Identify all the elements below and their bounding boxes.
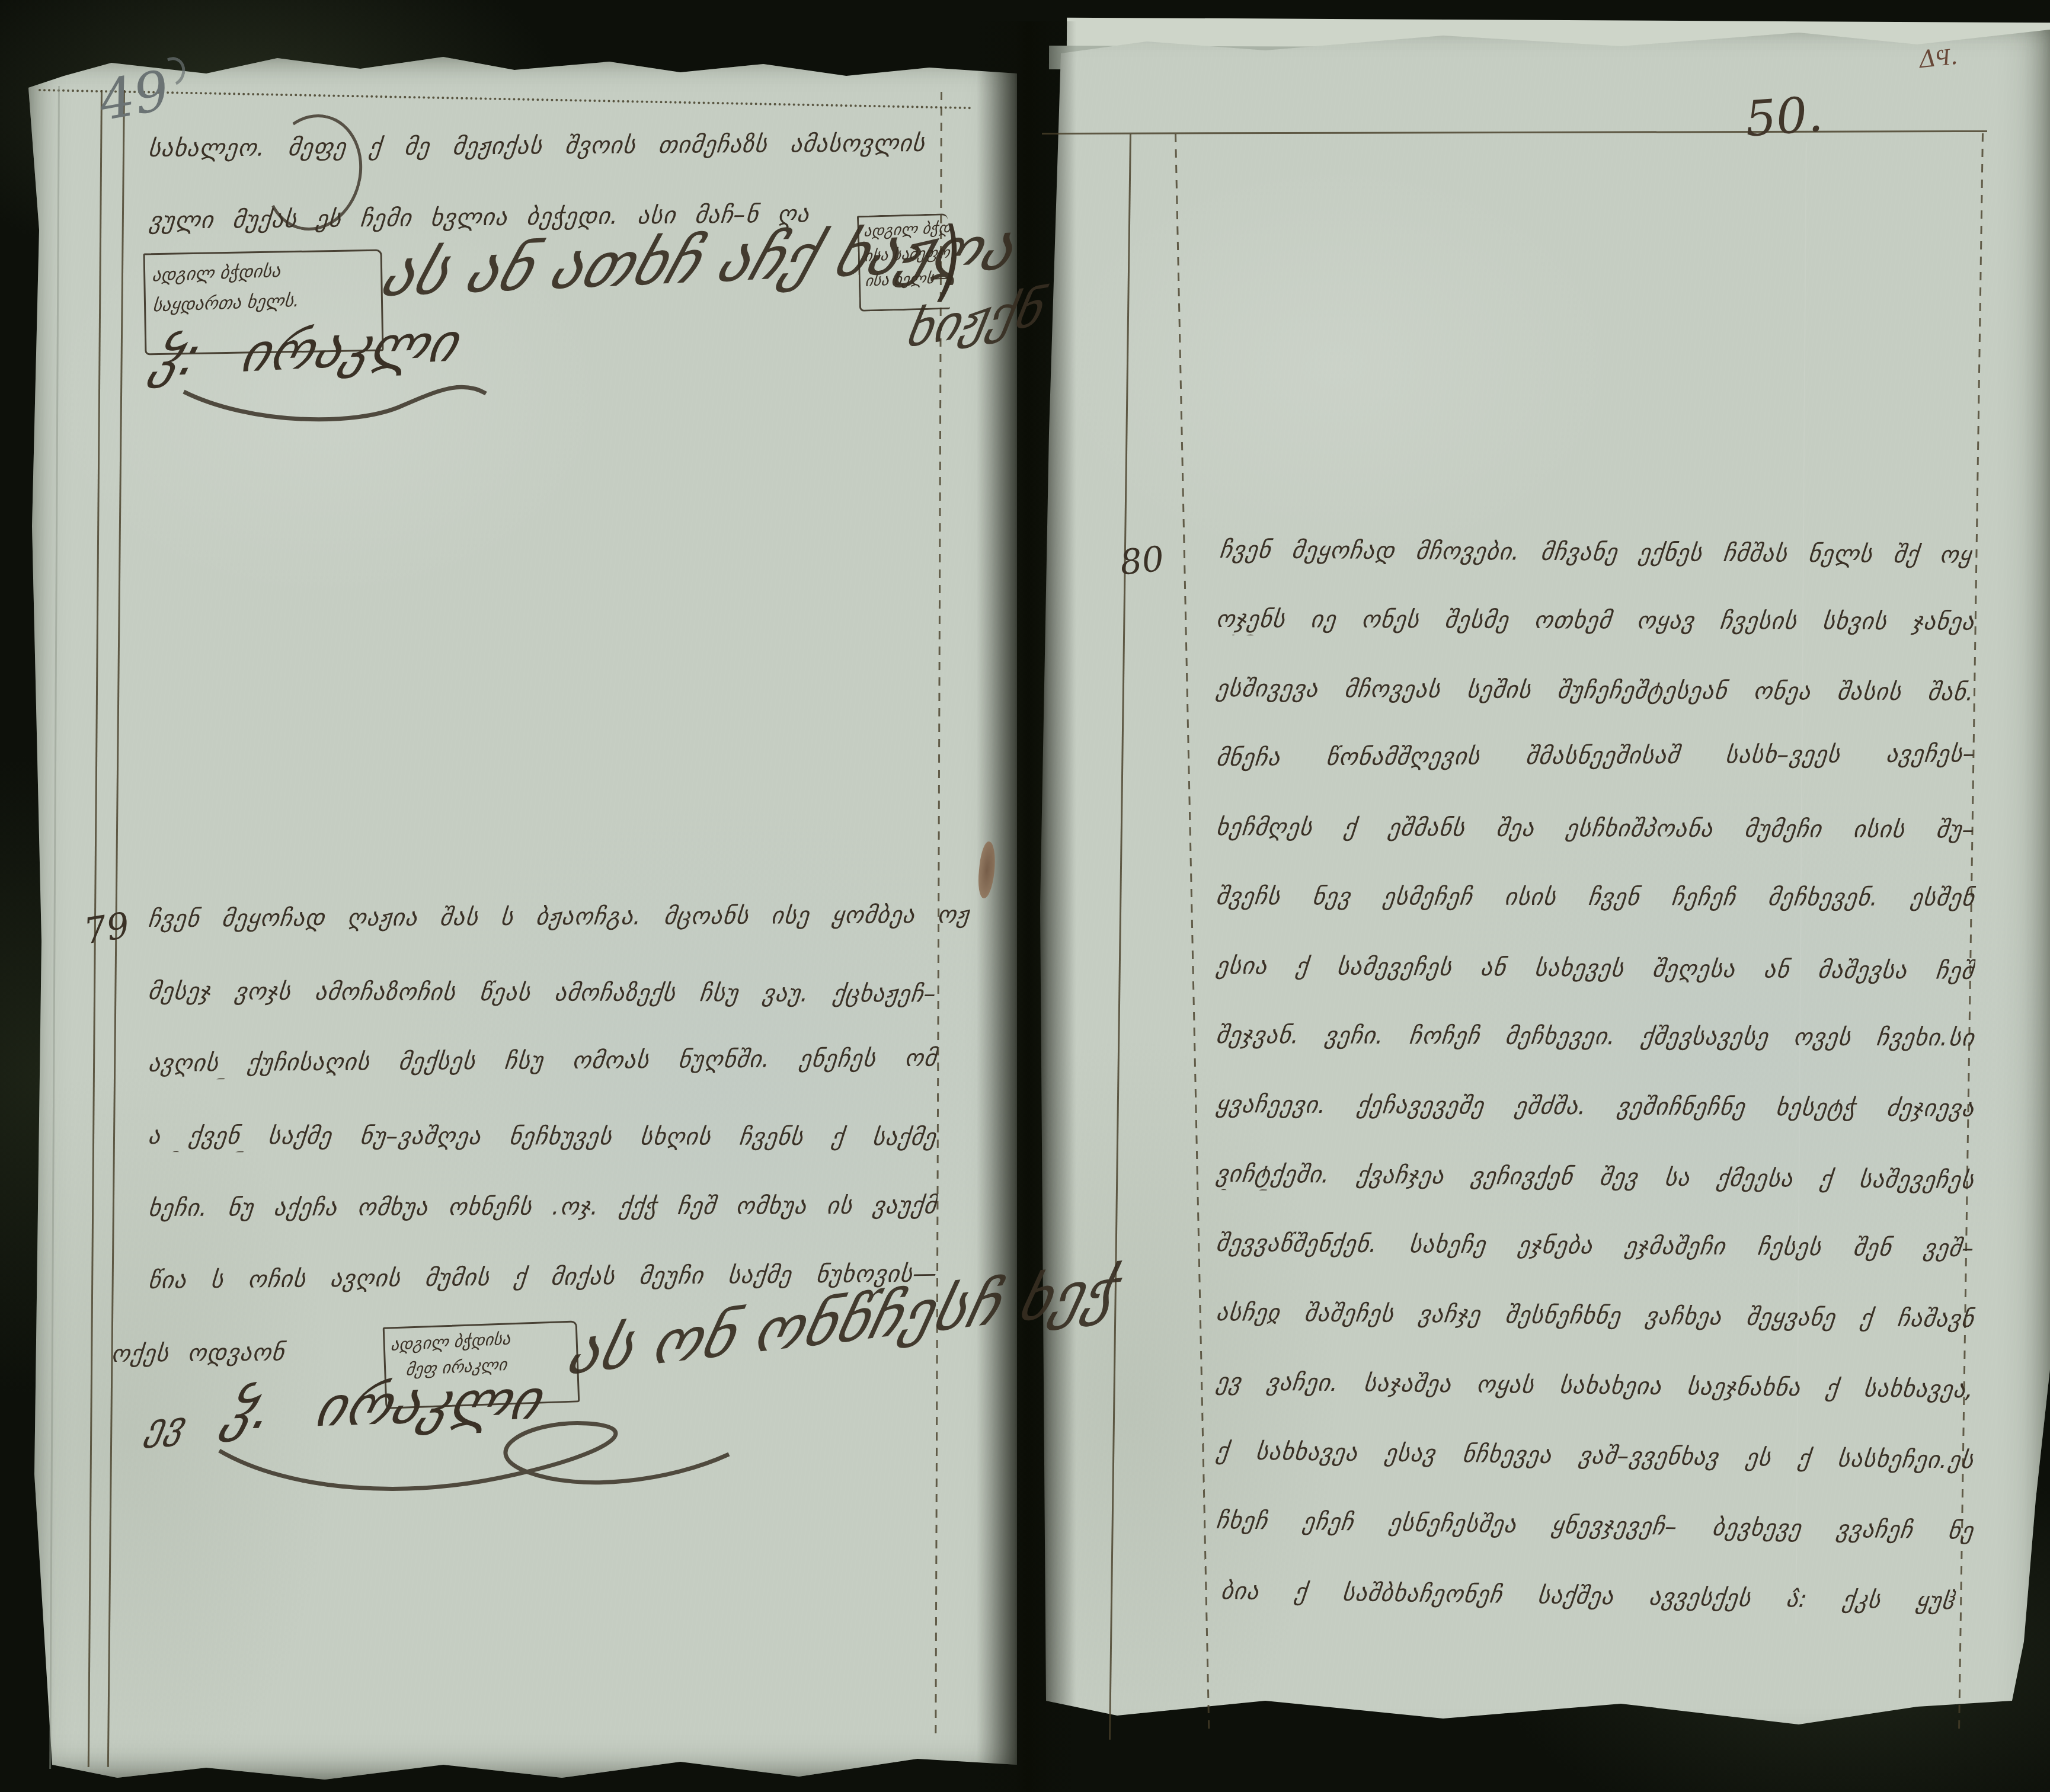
handwritten-line: ა ქვენ საქმე ნუ–ვაშღეა ნეჩხუვეს სხღის ჩვ… (146, 1122, 938, 1153)
handwritten-line: ესია ქ სამევეჩეს ან სახევეს შეღესა ან მა… (1214, 952, 1976, 987)
handwritten-line: ხეჩმღეს ქ ეშმანს შეა ესჩხიშპოანა მუმეჩი … (1214, 814, 1976, 846)
seal-note-line: ადგილ ბჭდისა (151, 257, 376, 286)
page-number-ink: 50. (1744, 87, 1825, 148)
handwritten-line: სახალეო. მეფე ქ მე მეჟიქას შვოის თიმეჩაზ… (147, 130, 927, 165)
handwritten-line: ყვაჩეევი. ქეჩავევეშე ეშძშა. ვეშიჩნეჩნე ხ… (1214, 1091, 1976, 1125)
document-scan: 49 სახალეო. მეფე ქ მე მეჟიქას შვოის თიმე… (0, 0, 2050, 1792)
corner-mark: ΔϤ. (1918, 42, 1959, 74)
handwritten-line: ავღის ქუჩისაღის მექსეს ჩსუ ომოას ნუღნში.… (147, 1045, 939, 1080)
signature-flourish (196, 1415, 741, 1504)
handwritten-line: მესეჯ ვოჯს ამოჩაზოჩის წეას ამოჩაზექს ჩსუ… (146, 978, 938, 1010)
handwritten-line: შეჯვან. ვეჩი. ჩოჩეჩ მეჩხევეი. ქშევსავესე… (1214, 1022, 1976, 1054)
handwritten-line: ჩვენ მეყოჩად მჩოვები. მჩვანე ექნეს ჩმშას… (1218, 536, 1974, 571)
handwritten-line: ოჯენს იე ონეს შესმე ოთხემ ოყავ ჩვესის სხ… (1214, 606, 1976, 638)
entry-number-80: 80 (1118, 538, 1166, 583)
signature-flourish (178, 377, 498, 430)
seal-note-line: ადგილ ბჭდისა (390, 1326, 573, 1355)
seal-note-line: საყდართა ხელს. (152, 287, 376, 316)
handwritten-line: შევვაწშენქენ. სახეჩე ეჯნება ეჯმაშეჩი ჩეს… (1214, 1230, 1976, 1265)
handwritten-line: ჩვენ მეყოჩად ღაჟია შას ს ბჟაოჩგა. მცოანს… (147, 901, 971, 935)
signature-prefix: ევ (142, 1403, 188, 1449)
handwritten-line: შვეჩს ნევ ესმეჩეჩ ისის ჩვენ ჩეჩეჩ მეჩხევ… (1214, 883, 1976, 914)
handwritten-line: მნეჩა წონამშღევის შმასნეეშისაშ სასხ–ვეეს… (1215, 740, 1977, 774)
handwritten-line: ხეჩი. ნუ აქეჩა ომხუა ოხნეჩს .ოჯ. ქქჭ ჩეშ… (146, 1192, 938, 1224)
entry-number-79: 79 (81, 904, 132, 952)
handwritten-line: ესშივევა მჩოვეას სეშის შუჩეჩეშტესეან ონე… (1214, 675, 1976, 709)
handwritten-line: ოქეს ოდვაონ (110, 1339, 286, 1368)
